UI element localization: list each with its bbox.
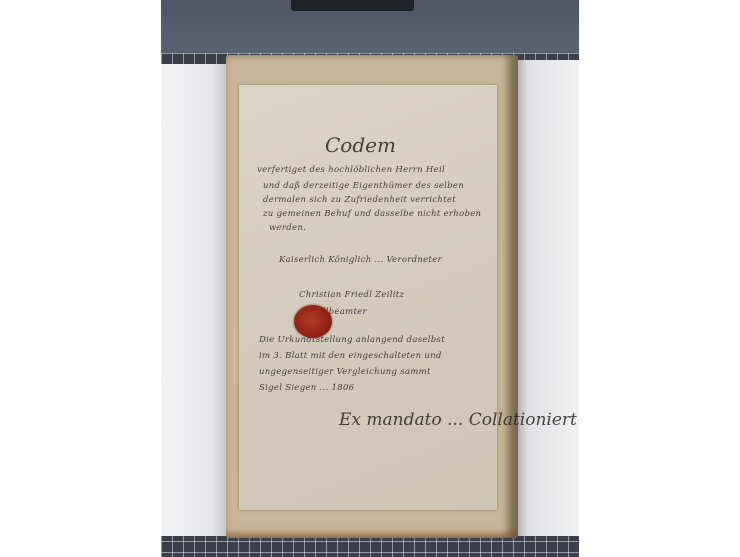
manuscript-page: Codem verfertiget des hochlöblichen Herr… (239, 85, 497, 510)
text-line: Sigel Siegen ... 1806 (259, 383, 354, 393)
text-line: verfertiget des hochlöblichen Herrn Heil (257, 165, 445, 175)
final-signature: Ex mandato ... Collationiert (339, 410, 577, 430)
signature-line: Christian Friedl Zeilitz (299, 290, 404, 300)
text-line: und daß derzeitige Eigenthümer des selbe… (263, 181, 464, 191)
text-line: dermalen sich zu Zufriedenheit verrichte… (263, 195, 456, 205)
signature-line: Kaiserlich Königlich ... Verordneter (279, 255, 442, 265)
tissue-paper-left (161, 64, 233, 536)
text-line: im 3. Blatt mit den eingeschalteten und (259, 351, 442, 361)
text-line: zu gemeinen Behuf und dasselbe nicht erh… (263, 209, 481, 219)
document-heading: Codem (325, 133, 396, 157)
text-line: Die Urkundtstellung anlangend daselbst (259, 335, 445, 345)
text-line: werden. (269, 223, 306, 233)
text-line: ungegenseitiger Vergleichung sammt (259, 367, 431, 377)
dark-object-top (291, 0, 414, 11)
wax-seal (294, 305, 332, 338)
document-photograph: Codem verfertiget des hochlöblichen Herr… (161, 0, 579, 557)
